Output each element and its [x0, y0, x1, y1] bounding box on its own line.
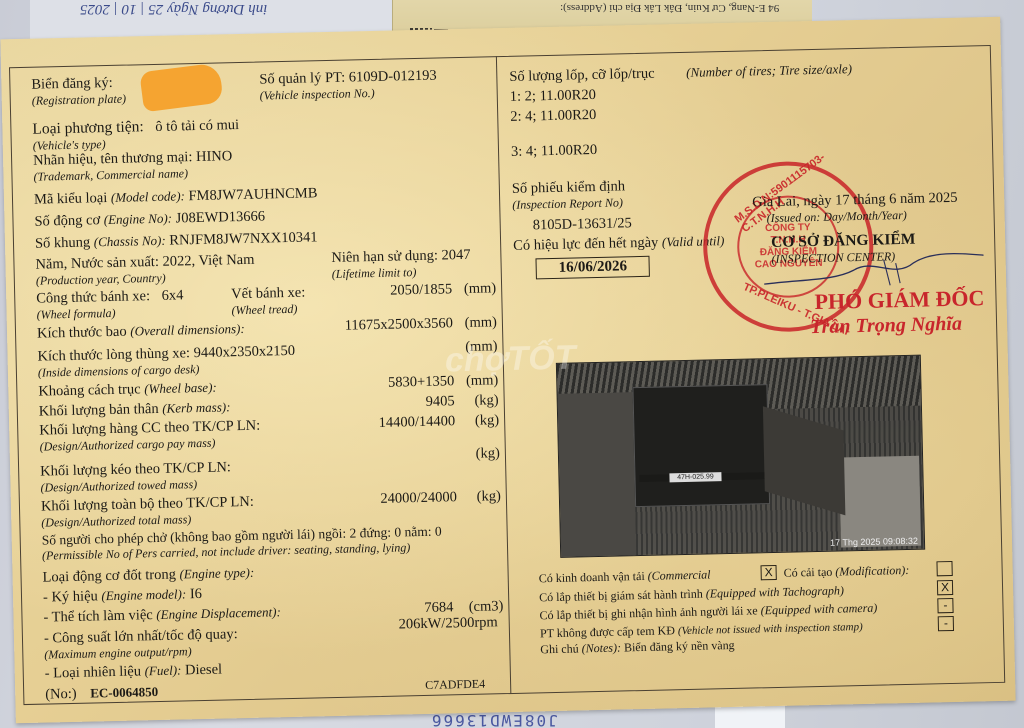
- license-plate: 47H-025.99: [669, 472, 721, 482]
- redaction-mark: [139, 62, 223, 112]
- no-stamp-checkbox: -: [938, 616, 954, 631]
- background-card-address: 94 E-Nang, Cư Kuin, Đắk Lắk Địa chỉ (Add…: [560, 2, 779, 14]
- lifetime-field: Niên hạn sử dụng: 2047 (Lifetime limit t…: [331, 247, 471, 281]
- valid-date-box: 16/06/2026: [535, 256, 650, 280]
- director-title: PHÓ GIÁM ĐỐC: [814, 285, 984, 315]
- modification-checkbox: [936, 561, 952, 576]
- certificate-right-column: Số lượng lốp, cỡ lốp/trục (Number of tir…: [509, 57, 998, 688]
- tire-axle-3: 3: 4; 11.00R20: [511, 133, 986, 161]
- issued-date: Gia Lai, ngày 17 tháng 6 năm 2025 (Issue…: [752, 190, 958, 226]
- checklist: Có kinh doanh vận tải (Commercial X Có c…: [539, 560, 981, 658]
- vehicle-photo: 47H-025.99 17 Thg 2025 09:08:32: [556, 355, 925, 558]
- director-signature-name: Trần Trọng Nghĩa: [810, 313, 962, 339]
- chotot-watermark: chợTỐT: [445, 339, 576, 381]
- camera-checkbox: -: [937, 598, 953, 613]
- wheel-tread-field: Vết bánh xe: (Wheel tread): [231, 285, 306, 318]
- photo-timestamp: 17 Thg 2025 09:08:32: [830, 536, 918, 548]
- background-handwriting: inh Dương Ngày 25 | 10 | 2025: [80, 0, 267, 17]
- towed-mass-field: Khối lượng kéo theo TK/CP LN: (Design/Au…: [40, 453, 501, 494]
- certificate-left-column: Biển đăng ký: ...25.99 (Registration pla…: [31, 66, 505, 703]
- commercial-checkbox: X: [760, 565, 776, 580]
- tachograph-checkbox: X: [937, 580, 953, 595]
